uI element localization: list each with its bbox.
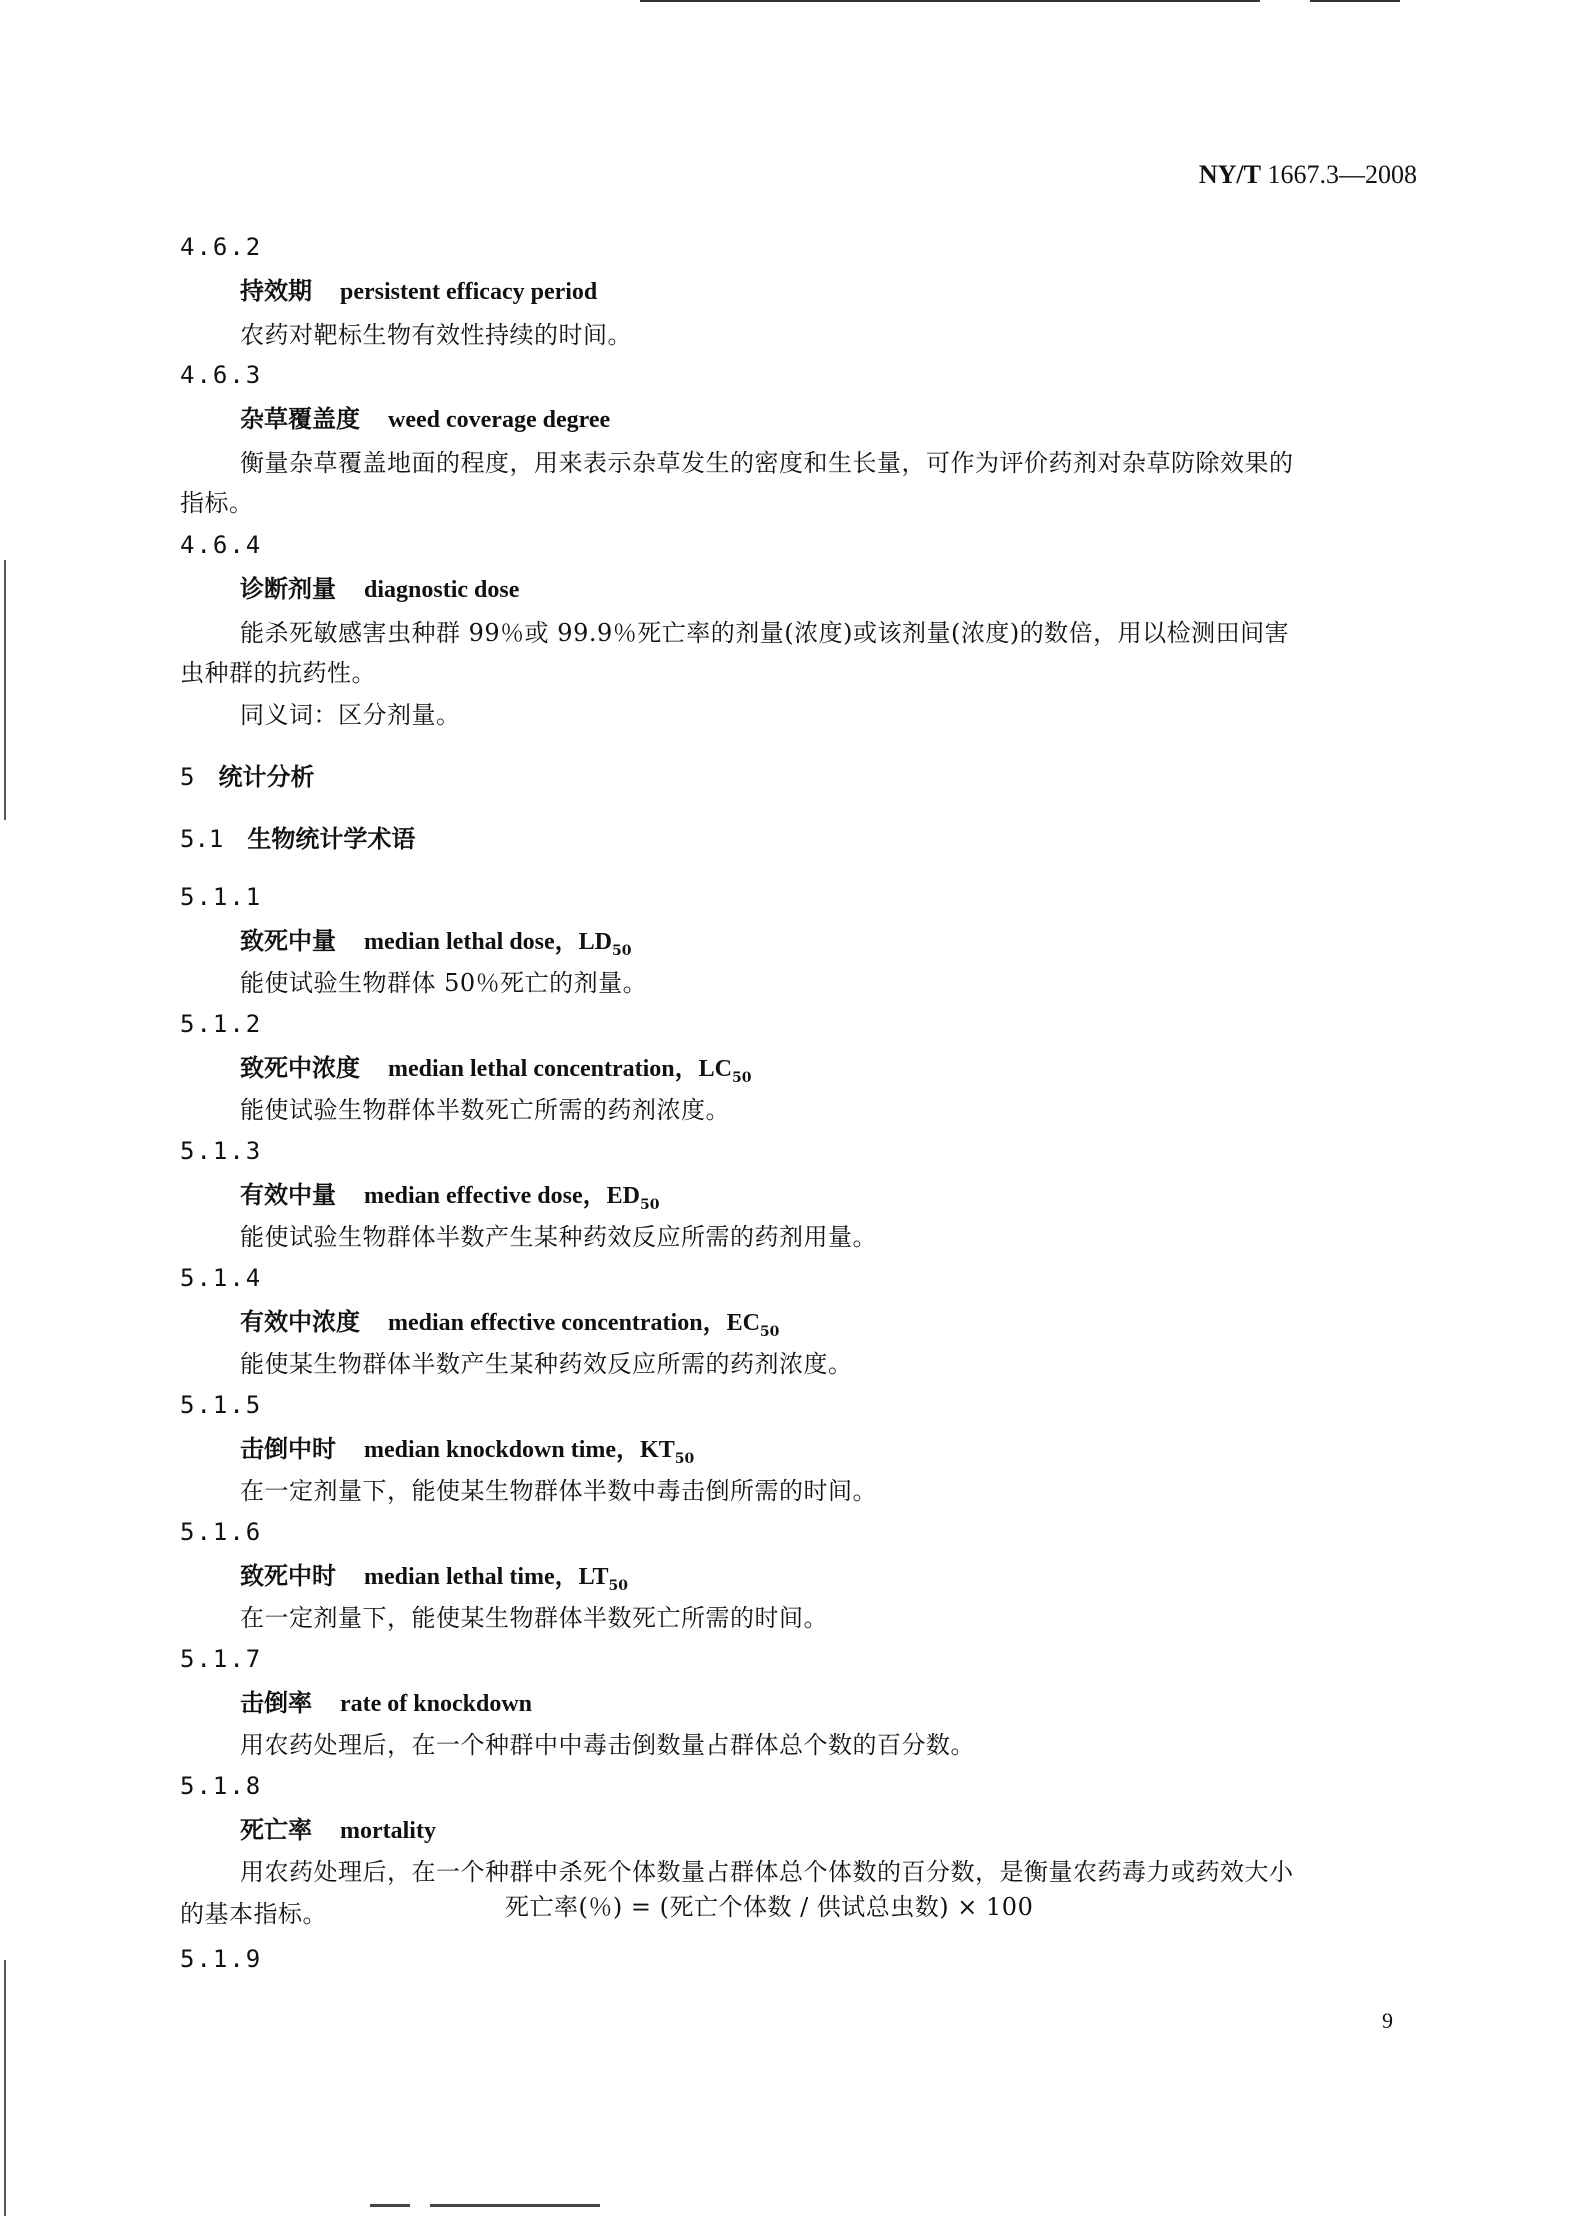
scan-edge-mark <box>4 1960 6 2216</box>
term-heading: 致死中时median lethal time，LT50 <box>240 1561 628 1601</box>
definition-cont: 虫种群的抗药性。 <box>180 658 376 688</box>
definition: 用农药处理后，在一个种群中中毒击倒数量占群体总个数的百分数。 <box>240 1730 975 1760</box>
definition: 用农药处理后，在一个种群中杀死个体数量占群体总个体数的百分数，是衡量农药毒力或药… <box>240 1857 1294 1887</box>
term-zh: 致死中量 <box>240 926 336 955</box>
term-en: median effective dose，ED <box>364 1183 640 1209</box>
term-subscript: 50 <box>675 1451 694 1467</box>
chapter-heading: 5统计分析 <box>180 762 314 792</box>
term-en: median lethal time，LT <box>364 1564 608 1590</box>
clause-number: 5.1.7 <box>180 1644 262 1674</box>
top-rule-right <box>1310 0 1400 2</box>
term-en: diagnostic dose <box>364 577 519 603</box>
clause-number: 5.1.3 <box>180 1136 262 1166</box>
term-en: weed coverage degree <box>388 407 610 433</box>
bottom-rule <box>370 2204 410 2207</box>
term-zh: 击倒率 <box>240 1688 312 1717</box>
definition: 能使试验生物群体半数死亡所需的药剂浓度。 <box>240 1095 730 1125</box>
term-en: persistent efficacy period <box>340 279 597 305</box>
top-rule <box>640 0 1260 2</box>
term-zh: 有效中浓度 <box>240 1307 360 1336</box>
bottom-rule <box>430 2204 600 2207</box>
clause-number: 4.6.2 <box>180 232 262 262</box>
clause-number: 5.1.2 <box>180 1009 262 1039</box>
term-heading: 诊断剂量diagnostic dose <box>240 574 519 605</box>
clause-number: 5.1.4 <box>180 1263 262 1293</box>
term-heading: 击倒中时median knockdown time，KT50 <box>240 1434 694 1474</box>
term-heading: 持效期persistent efficacy period <box>240 276 597 307</box>
term-zh: 死亡率 <box>240 1815 312 1844</box>
term-heading: 有效中量median effective dose，ED50 <box>240 1180 659 1220</box>
clause-number: 5.1.6 <box>180 1517 262 1547</box>
clause-number: 4.6.4 <box>180 530 262 560</box>
scan-edge-mark <box>4 560 6 820</box>
definition: 农药对靶标生物有效性持续的时间。 <box>240 320 632 350</box>
term-zh: 诊断剂量 <box>240 574 336 603</box>
term-en: median effective concentration，EC <box>388 1310 760 1336</box>
term-zh: 致死中浓度 <box>240 1053 360 1082</box>
synonym: 同义词：区分剂量。 <box>240 700 461 730</box>
definition: 能使试验生物群体 50％死亡的剂量。 <box>240 968 647 998</box>
term-heading: 死亡率mortality <box>240 1815 436 1846</box>
term-zh: 杂草覆盖度 <box>240 404 360 433</box>
clause-number: 5.1.5 <box>180 1390 262 1420</box>
definition-cont: 指标。 <box>180 488 254 518</box>
term-zh: 致死中时 <box>240 1561 336 1590</box>
definition: 能杀死敏感害虫种群 99％或 99.9％死亡率的剂量(浓度)或该剂量(浓度)的数… <box>240 618 1289 648</box>
term-zh: 持效期 <box>240 276 312 305</box>
term-subscript: 50 <box>732 1070 751 1086</box>
term-subscript: 50 <box>612 943 631 959</box>
definition: 在一定剂量下，能使某生物群体半数死亡所需的时间。 <box>240 1603 828 1633</box>
chapter-title: 统计分析 <box>218 762 314 791</box>
standard-prefix: NY/T <box>1199 160 1261 189</box>
clause-number: 4.6.3 <box>180 360 262 390</box>
section-title: 生物统计学术语 <box>247 824 415 853</box>
term-en: rate of knockdown <box>340 1691 532 1717</box>
section-number: 5.1 <box>180 825 223 853</box>
section-heading: 5.1生物统计学术语 <box>180 824 415 854</box>
term-en: median knockdown time，KT <box>364 1437 675 1463</box>
clause-number: 5.1.8 <box>180 1771 262 1801</box>
clause-number: 5.1.1 <box>180 882 262 912</box>
term-en: median lethal dose，LD <box>364 929 612 955</box>
formula: 死亡率(％) = (死亡个体数 / 供试总虫数) × 100 <box>505 1892 1033 1922</box>
definition: 能使试验生物群体半数产生某种药效反应所需的药剂用量。 <box>240 1222 877 1252</box>
term-en: mortality <box>340 1818 436 1844</box>
definition: 在一定剂量下，能使某生物群体半数中毒击倒所需的时间。 <box>240 1476 877 1506</box>
term-subscript: 50 <box>640 1197 659 1213</box>
standard-number: 1667.3—2008 <box>1268 160 1418 189</box>
term-zh: 击倒中时 <box>240 1434 336 1463</box>
clause-number: 5.1.9 <box>180 1944 262 1974</box>
definition: 能使某生物群体半数产生某种药效反应所需的药剂浓度。 <box>240 1349 853 1379</box>
term-en: median lethal concentration，LC <box>388 1056 732 1082</box>
term-subscript: 50 <box>608 1578 627 1594</box>
page-number: 9 <box>1382 2008 1393 2034</box>
term-heading: 杂草覆盖度weed coverage degree <box>240 404 610 435</box>
definition-cont: 的基本指标。 <box>180 1899 327 1929</box>
term-heading: 致死中量median lethal dose，LD50 <box>240 926 632 966</box>
term-heading: 致死中浓度median lethal concentration，LC50 <box>240 1053 751 1093</box>
term-zh: 有效中量 <box>240 1180 336 1209</box>
term-subscript: 50 <box>760 1324 779 1340</box>
definition: 衡量杂草覆盖地面的程度，用来表示杂草发生的密度和生长量，可作为评价药剂对杂草防除… <box>240 448 1294 478</box>
term-heading: 击倒率rate of knockdown <box>240 1688 532 1719</box>
standard-code: NY/T 1667.3—2008 <box>1199 160 1417 190</box>
chapter-number: 5 <box>180 763 194 791</box>
term-heading: 有效中浓度median effective concentration，EC50 <box>240 1307 779 1347</box>
